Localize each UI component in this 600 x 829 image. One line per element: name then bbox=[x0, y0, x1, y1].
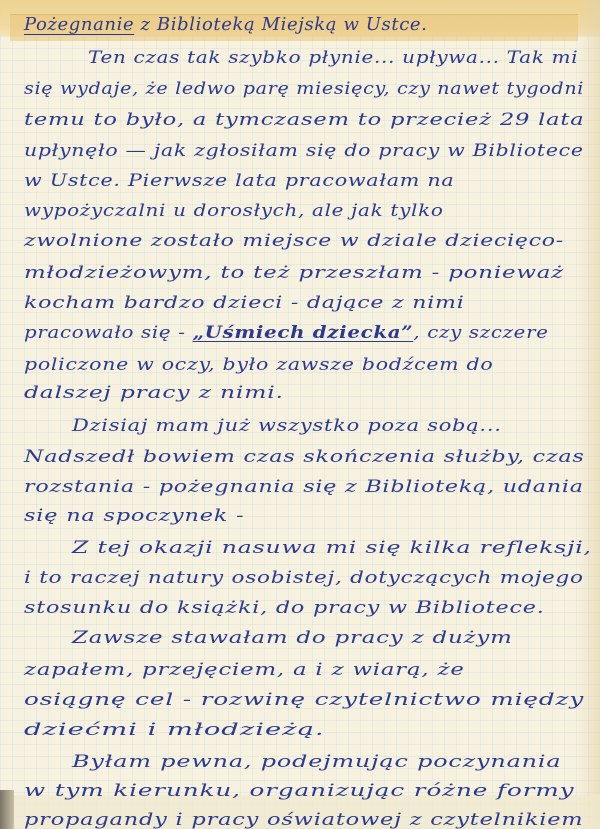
handwritten-line: Ten czas tak szybko płynie... upływa... … bbox=[88, 48, 578, 68]
title-underlined: Pożegnanie bbox=[24, 14, 134, 35]
document-title: Pożegnanie z Biblioteką Miejską w Ustce. bbox=[24, 14, 427, 35]
handwritten-line: się na spoczynek - bbox=[24, 506, 244, 526]
line-tail: , czy szczere bbox=[413, 323, 548, 343]
handwritten-line: się wydaje, że ledwo parę miesięcy, czy … bbox=[24, 79, 584, 99]
handwritten-line: stosunku do książki, do pracy w Bibliote… bbox=[24, 598, 545, 618]
handwritten-line: Dzisiaj mam już wszystko poza sobą... bbox=[72, 416, 502, 436]
handwritten-line: temu to było, a tymczasem to przecież 29… bbox=[24, 110, 584, 130]
handwritten-line: wypożyczalni u dorosłych, ale jak tylko bbox=[24, 201, 444, 221]
handwritten-line: kocham bardzo dzieci - dające z nimi bbox=[24, 293, 465, 313]
handwritten-line: policzone w oczy, było zawsze bodźcem do bbox=[24, 355, 493, 375]
handwritten-line: Z tej okazji nasuwa mi się kilka refleks… bbox=[72, 538, 592, 558]
handwritten-line: osiągnę cel - rozwinę czytelnictwo międz… bbox=[24, 690, 584, 710]
handwritten-line: zwolnione zostało miejsce w dziale dziec… bbox=[24, 231, 564, 251]
handwritten-line: dalszej pracy z nimi. bbox=[24, 383, 284, 403]
handwritten-line: Nadszedł bowiem czas skończenia służby, … bbox=[24, 447, 585, 467]
handwritten-line: upłynęło — jak zgłosiłam się do pracy w … bbox=[24, 141, 584, 161]
handwritten-line: rozstania - pożegnania się z Biblioteką,… bbox=[24, 477, 584, 497]
handwritten-line: i to raczej natury osobistej, dotyczącyc… bbox=[24, 568, 584, 588]
title-rest: z Biblioteką Miejską w Ustce. bbox=[134, 14, 427, 35]
handwritten-line: w tym kierunku, organizując różne formy bbox=[24, 781, 574, 801]
handwritten-line: młodzieżowym, to też przeszłam - poniewa… bbox=[24, 263, 564, 283]
handwritten-line: dziećmi i młodzieżą. bbox=[24, 720, 325, 740]
handwritten-line: w Ustce. Pierwsze lata pracowałam na bbox=[24, 171, 454, 191]
handwritten-line: propagandy i pracy oświatowej z czytelni… bbox=[24, 810, 583, 829]
binding-shadow bbox=[0, 790, 14, 829]
handwritten-line: Zawsze stawałam do pracy z dużym bbox=[72, 628, 513, 648]
handwritten-line: zapałem, przejęciem, a i z wiarą, że bbox=[24, 660, 465, 680]
handwritten-line: pracowało się - „Uśmiech dziecka”, czy s… bbox=[24, 323, 549, 343]
underlined-quote: „Uśmiech dziecka” bbox=[193, 323, 414, 343]
handwritten-line: Byłam pewna, podejmując poczynania bbox=[72, 752, 561, 772]
